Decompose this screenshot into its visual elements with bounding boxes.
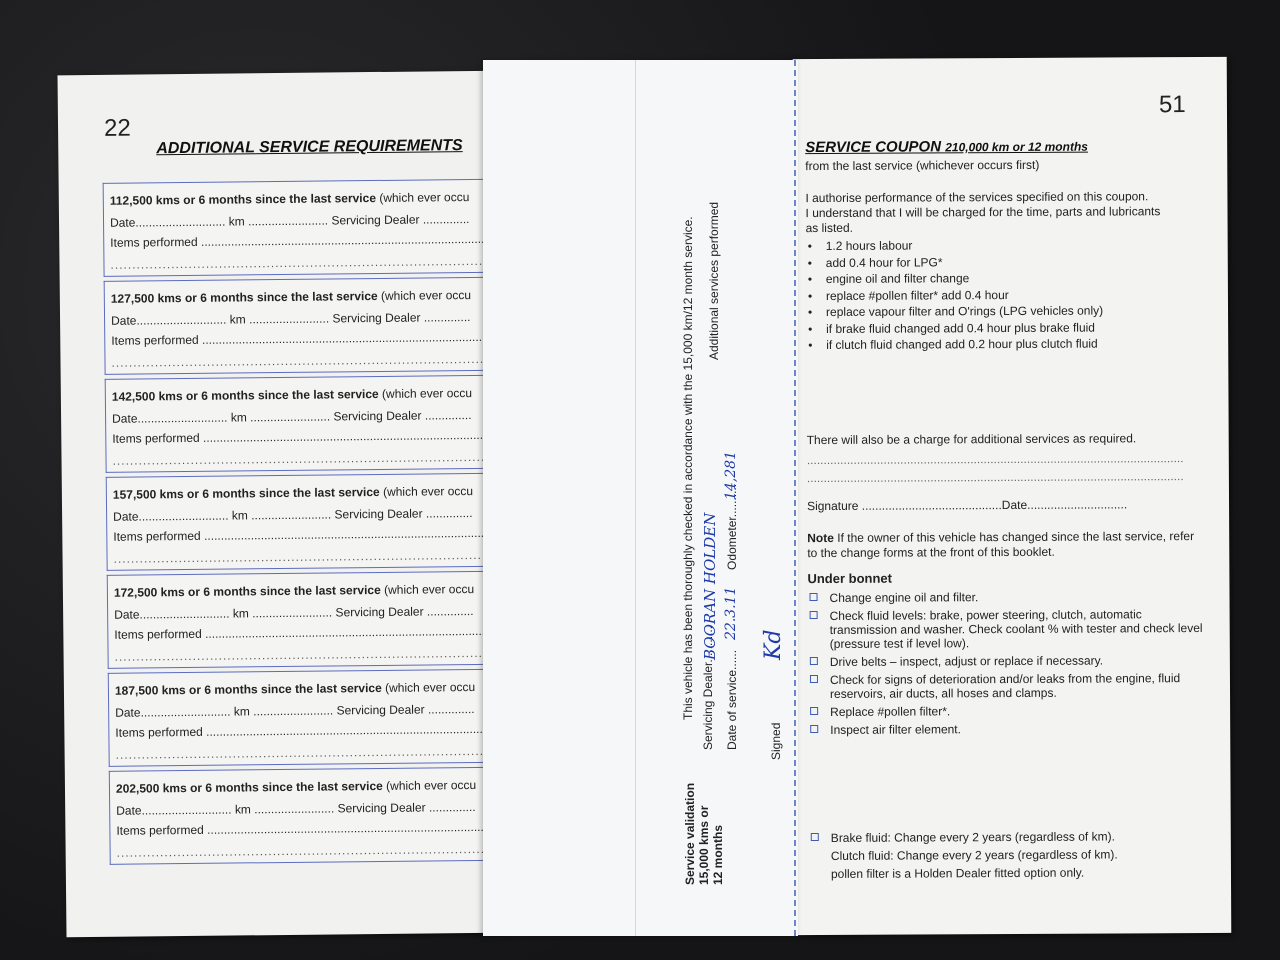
labour-bullet: replace vapour filter and O'rings (LPG v… bbox=[806, 304, 1103, 322]
checkbox-icon bbox=[810, 707, 818, 715]
signed-field: Signed bbox=[769, 723, 783, 760]
validation-sub1: 15,000 kms or bbox=[697, 806, 711, 885]
validation-sub2: 12 months bbox=[711, 825, 725, 885]
service-entry-box: 142,500 kms or 6 months since the last s… bbox=[105, 375, 497, 473]
date-label: Date of service bbox=[725, 670, 739, 750]
labour-bullet: 1.2 hours labour bbox=[806, 238, 1103, 256]
footer-notes: Brake fluid: Change every 2 years (regar… bbox=[809, 829, 1204, 885]
service-entry-box: 187,500 kms or 6 months since the last s… bbox=[108, 669, 500, 767]
date-line: Date........................... km .....… bbox=[115, 702, 475, 720]
items-line: Items performed ........................… bbox=[111, 330, 502, 348]
handwritten-date: 22.3.11 bbox=[723, 587, 739, 640]
blank-line: ........................................… bbox=[807, 469, 1184, 486]
footer-note: Clutch fluid: Change every 2 years (rega… bbox=[809, 847, 1204, 863]
date-line: Date........................... km .....… bbox=[113, 506, 473, 524]
signed-label: Signed bbox=[769, 723, 783, 760]
date-line: Date........................... km .....… bbox=[111, 310, 471, 328]
items-line: Items performed ........................… bbox=[112, 428, 503, 446]
checklist-item: Check for signs of deterioration and/or … bbox=[808, 671, 1203, 701]
interval-heading: 127,500 kms or 6 months since the last s… bbox=[111, 288, 471, 306]
additional-charge-text: There will also be a charge for addition… bbox=[807, 431, 1137, 448]
footer-note: pollen filter is a Holden Dealer fitted … bbox=[809, 865, 1204, 881]
subtitle: from the last service (whichever occurs … bbox=[805, 158, 1039, 174]
service-coupon-tear-off: This vehicle has been thoroughly checked… bbox=[483, 60, 798, 936]
fold-line bbox=[635, 60, 636, 936]
under-bonnet-title: Under bonnet bbox=[807, 571, 892, 586]
checklist-item: Change engine oil and filter. bbox=[807, 589, 1202, 605]
labour-bullet: engine oil and filter change bbox=[806, 271, 1103, 289]
date-line: Date........................... km .....… bbox=[110, 212, 470, 230]
checklist-item: Check fluid levels: brake, power steerin… bbox=[808, 607, 1203, 651]
checklist-item: Replace #pollen filter*. bbox=[808, 703, 1203, 719]
labour-bullet: if clutch fluid changed add 0.2 hour plu… bbox=[806, 337, 1103, 355]
coupon-statement: This vehicle has been thoroughly checked… bbox=[681, 216, 695, 720]
checkbox-icon bbox=[810, 657, 818, 665]
handwritten-dealer: BOORAN HOLDEN bbox=[701, 513, 719, 660]
interval-heading: 157,500 kms or 6 months since the last s… bbox=[113, 484, 473, 502]
checkbox-icon bbox=[811, 833, 819, 841]
checklist-item: Drive belts – inspect, adjust or replace… bbox=[808, 653, 1203, 669]
interval-heading: 142,500 kms or 6 months since the last s… bbox=[112, 386, 472, 404]
checkbox-icon bbox=[810, 675, 818, 683]
as-listed-text: as listed. bbox=[806, 221, 853, 236]
items-line: Items performed ........................… bbox=[116, 820, 507, 838]
checkbox-icon bbox=[810, 725, 818, 733]
labour-bullet: replace #pollen filter* add 0.4 hour bbox=[806, 287, 1103, 305]
left-page-number: 22 bbox=[104, 115, 131, 143]
labour-bullet: if brake fluid changed add 0.4 hour plus… bbox=[806, 320, 1103, 338]
coupon-interval: 210,000 km or 12 months bbox=[945, 140, 1088, 155]
right-page: 51 SERVICE COUPON 210,000 km or 12 month… bbox=[793, 57, 1232, 935]
interval-heading: 187,500 kms or 6 months since the last s… bbox=[115, 680, 475, 698]
service-entry-box: 172,500 kms or 6 months since the last s… bbox=[107, 571, 499, 669]
blank-line: ........................................… bbox=[807, 451, 1184, 468]
service-entry-box: 157,500 kms or 6 months since the last s… bbox=[106, 473, 498, 571]
service-entry-box: 127,500 kms or 6 months since the last s… bbox=[104, 277, 496, 375]
right-page-number: 51 bbox=[1159, 91, 1186, 119]
interval-heading: 112,500 kms or 6 months since the last s… bbox=[110, 190, 470, 208]
items-line: Items performed ........................… bbox=[115, 722, 506, 740]
note: Note If the owner of this vehicle has ch… bbox=[807, 529, 1202, 561]
labour-bullet: add 0.4 hour for LPG* bbox=[806, 254, 1103, 272]
handwritten-signature: Kd bbox=[761, 629, 786, 660]
service-entry-box: 112,500 kms or 6 months since the last s… bbox=[103, 179, 495, 277]
additional-services-label: Additional services performed bbox=[707, 202, 721, 360]
date-line: Date........................... km .....… bbox=[112, 408, 472, 426]
checkbox-icon bbox=[810, 593, 818, 601]
left-page: 22 ADDITIONAL SERVICE REQUIREMENTS 112,5… bbox=[57, 71, 506, 938]
interval-heading: 172,500 kms or 6 months since the last s… bbox=[114, 582, 474, 600]
checkbox-icon bbox=[810, 611, 818, 619]
understand-text: I understand that I will be charged for … bbox=[805, 204, 1160, 221]
right-page-title: SERVICE COUPON 210,000 km or 12 months bbox=[805, 138, 1088, 156]
dealer-label: Servicing Dealer bbox=[701, 663, 715, 750]
items-line: Items performed ........................… bbox=[114, 624, 505, 642]
footer-note: Brake fluid: Change every 2 years (regar… bbox=[809, 829, 1204, 845]
interval-heading: 202,500 kms or 6 months since the last s… bbox=[116, 778, 476, 796]
note-text: If the owner of this vehicle has changed… bbox=[807, 529, 1194, 560]
left-page-title: ADDITIONAL SERVICE REQUIREMENTS bbox=[156, 137, 463, 158]
signature-line: Signature ..............................… bbox=[807, 497, 1127, 514]
service-entry-box: 202,500 kms or 6 months since the last s… bbox=[109, 767, 501, 865]
date-line: Date........................... km .....… bbox=[114, 604, 474, 622]
perforation bbox=[794, 60, 796, 936]
items-line: Items performed ........................… bbox=[110, 232, 501, 250]
note-label: Note bbox=[807, 531, 834, 545]
coupon-title: SERVICE COUPON bbox=[805, 138, 941, 156]
date-line: Date........................... km .....… bbox=[116, 800, 476, 818]
validation-title: Service validation bbox=[683, 783, 697, 885]
odometer-label: Odometer bbox=[725, 517, 739, 570]
under-bonnet-list: Change engine oil and filter.Check fluid… bbox=[807, 589, 1203, 741]
items-line: Items performed ........................… bbox=[113, 526, 504, 544]
checklist-item: Inspect air filter element. bbox=[808, 721, 1203, 737]
labour-bullets: 1.2 hours labouradd 0.4 hour for LPG*eng… bbox=[806, 238, 1104, 355]
handwritten-odometer: 14,281 bbox=[723, 451, 739, 500]
